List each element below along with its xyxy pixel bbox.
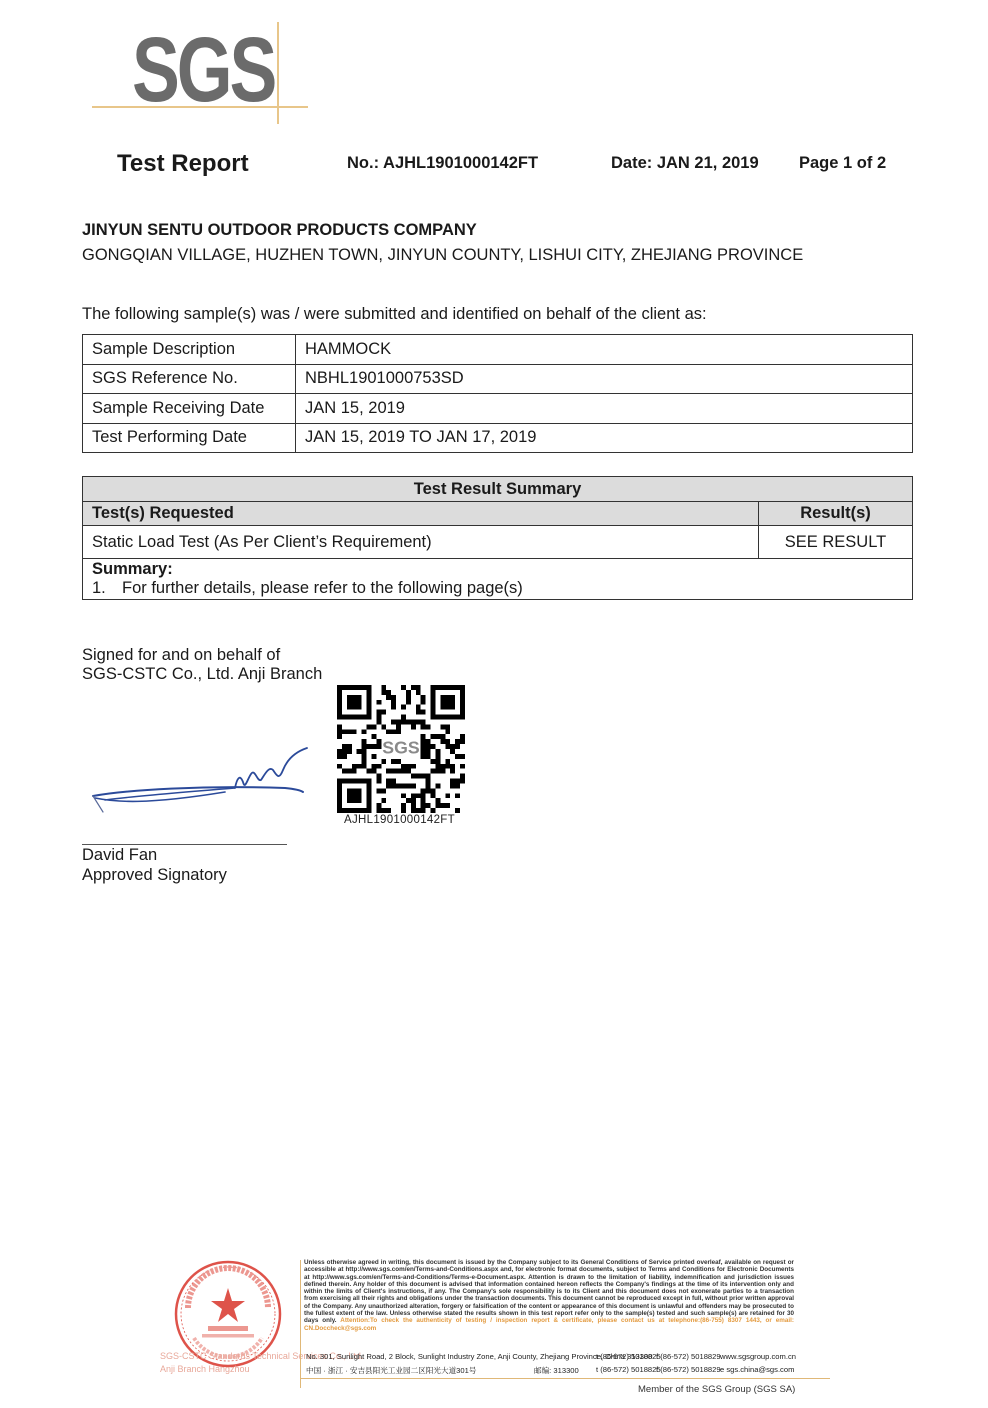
sample-info-row: Sample DescriptionHAMMOCK (83, 335, 913, 365)
website-link[interactable]: www.sgsgroup.com.cn (720, 1352, 796, 1361)
footer-vertical-rule (300, 1260, 301, 1388)
member-of-group: Member of the SGS Group (SGS SA) (638, 1384, 795, 1395)
intro-text: The following sample(s) was / were submi… (82, 305, 707, 324)
sample-info-label: Sample Receiving Date (83, 394, 296, 424)
test-result: SEE RESULT (759, 526, 913, 559)
client-address: GONGQIAN VILLAGE, HUZHEN TOWN, JINYUN CO… (82, 246, 803, 265)
stamp-branch-line: Anji Branch Hangzhou (160, 1364, 250, 1374)
summary-cell: Summary:1.For further details, please re… (83, 559, 913, 600)
signing-company: SGS-CSTC Co., Ltd. Anji Branch (82, 665, 322, 684)
verification-qr-code[interactable]: SGS (336, 685, 466, 813)
email-link[interactable]: e sgs.china@sgs.com (720, 1365, 794, 1374)
sgs-logo: SGS (92, 22, 308, 124)
address-cn: 中国 · 浙江 · 安吉县阳光工业园二区阳光大道301号 (306, 1365, 476, 1376)
sample-info-row: Test Performing DateJAN 15, 2019 TO JAN … (83, 423, 913, 453)
signature-line (82, 844, 287, 845)
fax-1: f (86-572) 5018829 (656, 1352, 721, 1361)
test-requested: Static Load Test (As Per Client’s Requir… (83, 526, 759, 559)
fax-2: f (86-572) 5018829 (656, 1365, 721, 1374)
sample-info-value: HAMMOCK (296, 335, 913, 365)
telephone-1: t (86-572) 5018825 (596, 1352, 661, 1361)
test-result-row: Static Load Test (As Per Client’s Requir… (83, 526, 913, 559)
signer-name: David Fan (82, 846, 157, 865)
report-title: Test Report (117, 150, 249, 178)
report-number: No.: AJHL1901000142FT (347, 154, 538, 173)
legal-text: Unless otherwise agreed in writing, this… (304, 1259, 794, 1324)
sample-info-label: Sample Description (83, 335, 296, 365)
handwritten-signature (85, 730, 325, 830)
postcode-cn: 邮编: 313300 (534, 1365, 579, 1376)
summary-item: 1.For further details, please refer to t… (92, 579, 903, 598)
signed-for-line: Signed for and on behalf of (82, 646, 280, 665)
qr-center-logo: SGS (382, 737, 420, 757)
logo-vertical-rule (277, 22, 279, 124)
column-header-test: Test(s) Requested (83, 502, 759, 526)
legal-disclaimer: Unless otherwise agreed in writing, this… (304, 1259, 794, 1332)
sample-info-label: SGS Reference No. (83, 364, 296, 394)
summary-title: Summary: (92, 560, 903, 579)
sample-info-value: JAN 15, 2019 (296, 394, 913, 424)
client-name: JINYUN SENTU OUTDOOR PRODUCTS COMPANY (82, 221, 477, 240)
report-date: Date: JAN 21, 2019 (611, 154, 759, 173)
report-header: Test Report No.: AJHL1901000142FT Date: … (0, 150, 988, 178)
qr-code-label: AJHL1901000142FT (344, 814, 455, 826)
page-indicator: Page 1 of 2 (799, 154, 886, 173)
sample-info-label: Test Performing Date (83, 423, 296, 453)
logo-text: SGS (132, 24, 274, 116)
sample-info-value: JAN 15, 2019 TO JAN 17, 2019 (296, 423, 913, 453)
sample-info-row: SGS Reference No.NBHL1901000753SD (83, 364, 913, 394)
telephone-2: t (86-572) 5018825 (596, 1365, 661, 1374)
sample-info-table: Sample DescriptionHAMMOCKSGS Reference N… (82, 334, 913, 453)
summary-caption: Test Result Summary (83, 477, 913, 502)
test-result-summary-table: Test Result Summary Test(s) Requested Re… (82, 476, 913, 600)
authenticity-notice: Attention:To check the authenticity of t… (304, 1317, 794, 1331)
sample-info-row: Sample Receiving DateJAN 15, 2019 (83, 394, 913, 424)
column-header-result: Result(s) (759, 502, 913, 526)
footer-horizontal-rule (300, 1378, 830, 1379)
sample-info-value: NBHL1901000753SD (296, 364, 913, 394)
summary-row: Summary:1.For further details, please re… (83, 559, 913, 600)
signer-role: Approved Signatory (82, 866, 227, 885)
